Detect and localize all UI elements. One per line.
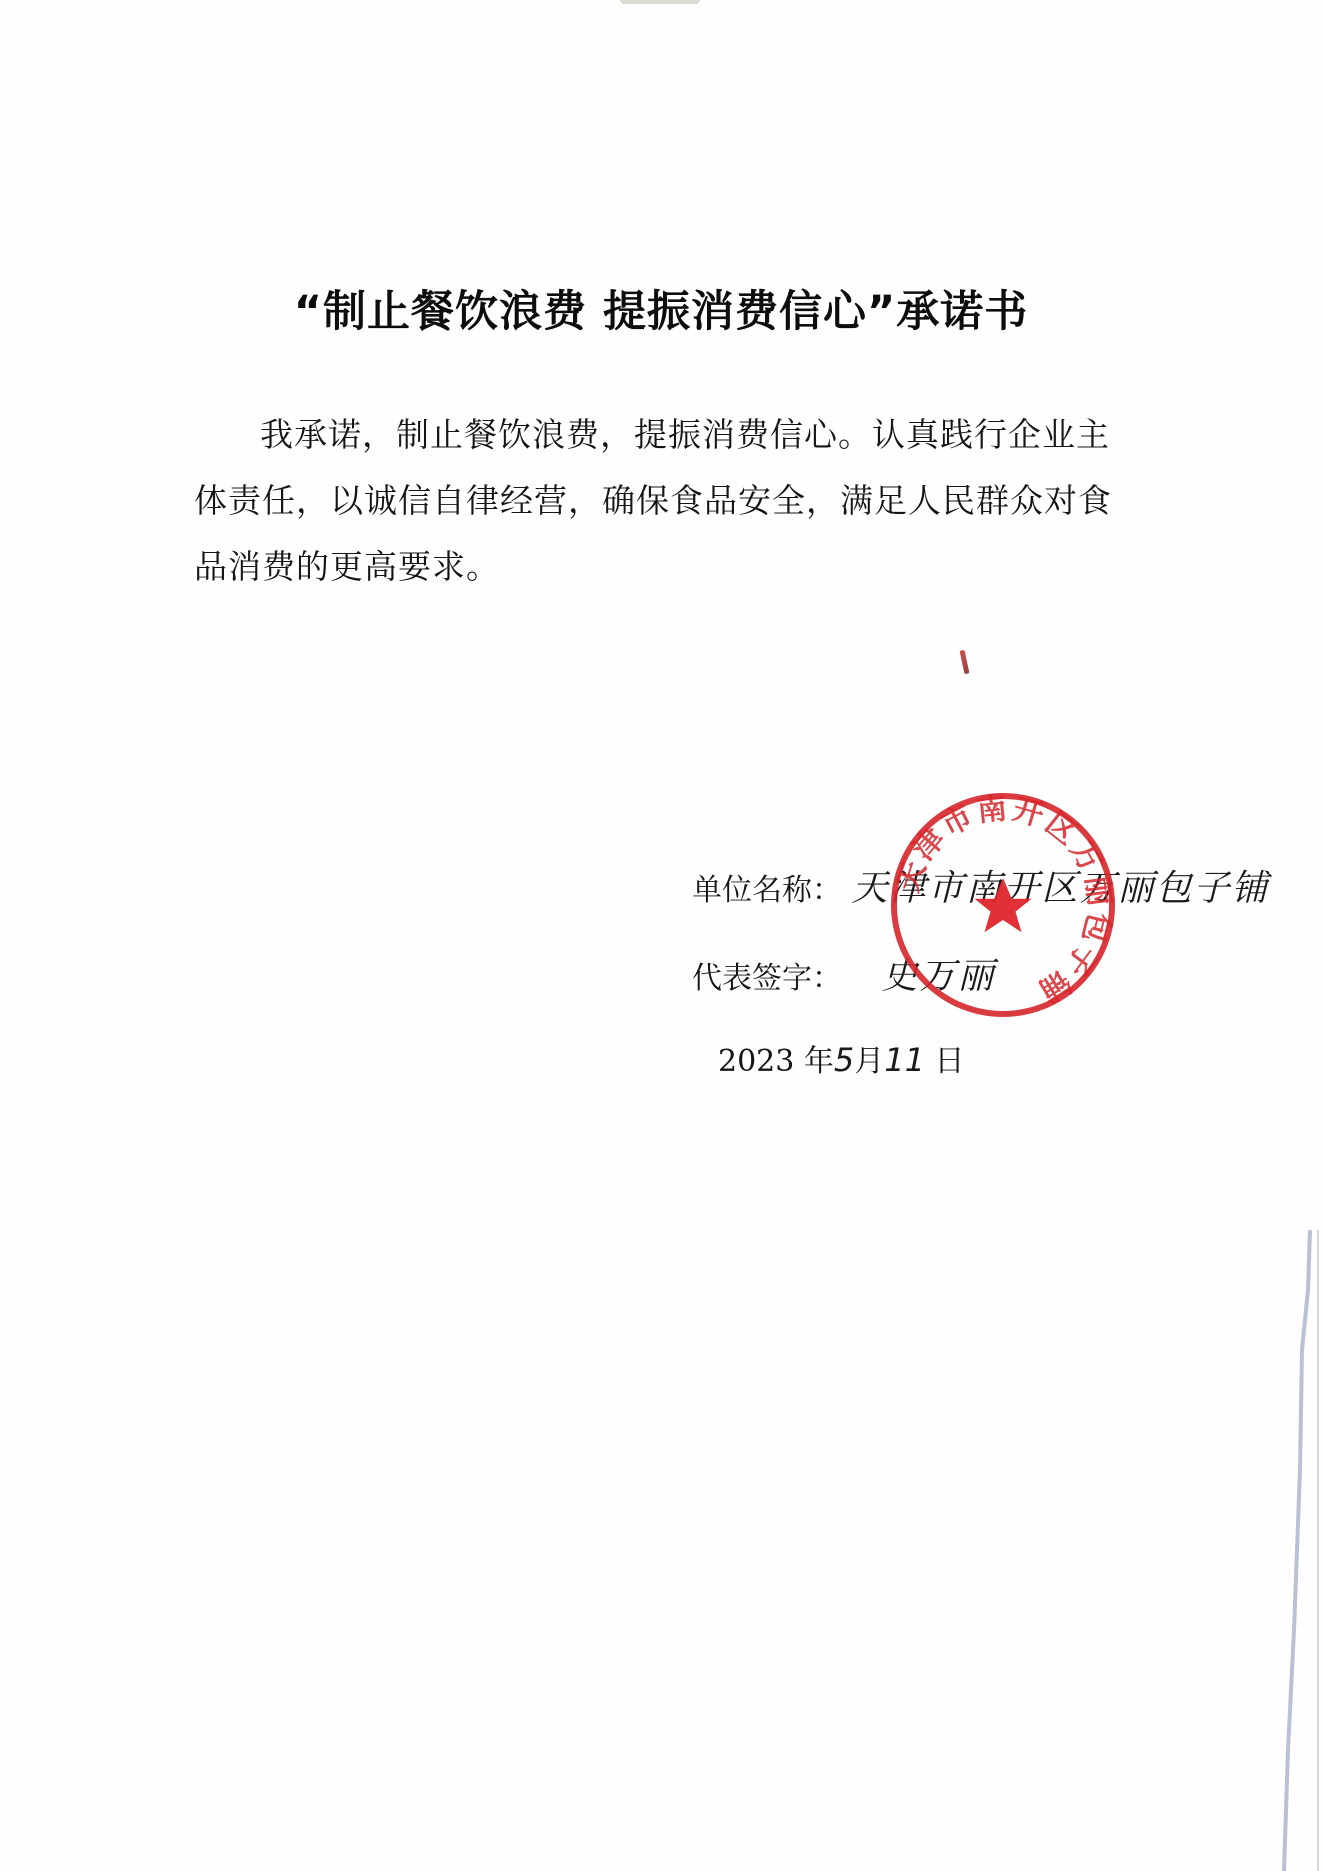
date-month-suffix: 月 (854, 1044, 884, 1079)
document-page: “制止餐饮浪费 提振消费信心”承诺书 我承诺，制止餐饮浪费，提振消费信心。认真践… (0, 0, 1322, 1871)
pledge-paragraph: 我承诺，制止餐饮浪费，提振消费信心。认真践行企业主体责任，以诚信自律经营，确保食… (194, 402, 1119, 600)
date-year: 2023 (718, 1044, 794, 1079)
document-title: “制止餐饮浪费 提振消费信心”承诺书 (0, 278, 1322, 339)
date-month: 5 (834, 1041, 854, 1079)
date-row: 2023 年5月11 日 (718, 1036, 965, 1080)
ink-speck (960, 650, 970, 675)
official-seal: 天津市南开区万丽包子铺 (888, 790, 1118, 1020)
date-year-suffix: 年 (804, 1044, 834, 1079)
date-day-suffix: 日 (935, 1044, 965, 1079)
star-icon (975, 878, 1032, 932)
page-edge-shadow (1258, 1230, 1322, 1871)
signature-label: 代表签字： (692, 961, 842, 996)
unit-name-label: 单位名称： (692, 873, 842, 908)
date-day: 11 (884, 1041, 925, 1079)
paper-clip-mark (620, 0, 700, 4)
